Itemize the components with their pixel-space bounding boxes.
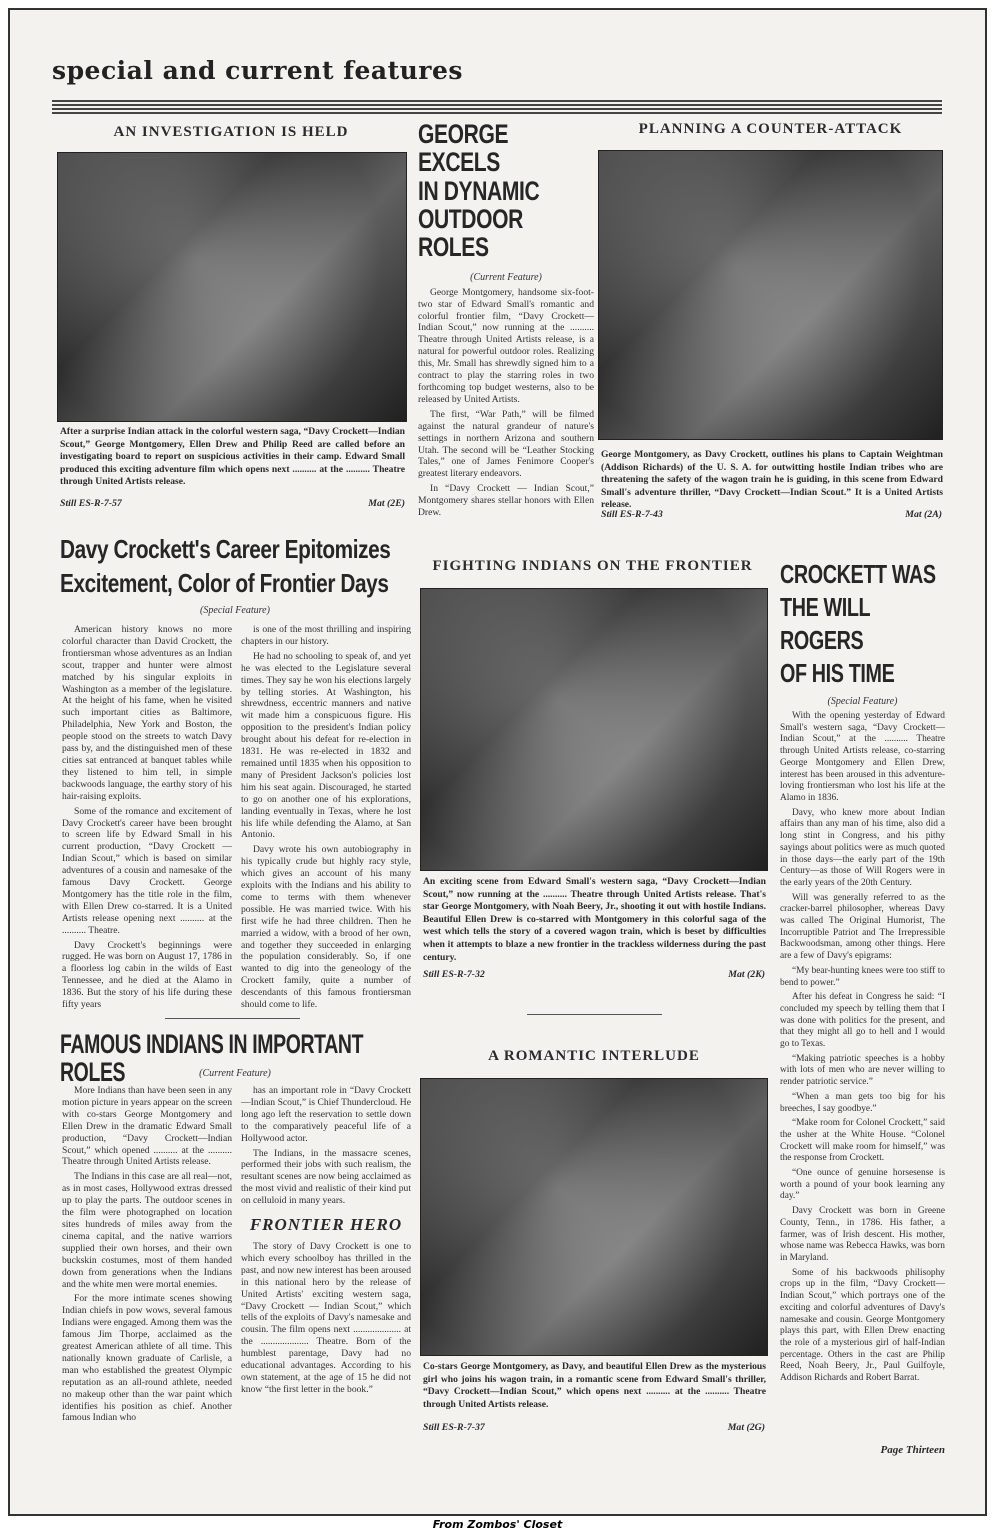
article-kicker: (Special Feature) bbox=[60, 605, 410, 616]
paragraph: With the opening yesterday of Edward Sma… bbox=[780, 711, 945, 805]
article-kicker: (Current Feature) bbox=[418, 272, 594, 283]
paragraph: Some of the romance and excitement of Da… bbox=[62, 806, 232, 937]
article-career: Davy Crockett's Career Epitomizes Excite… bbox=[60, 533, 410, 601]
paragraph: “My bear-hunting knees were too stiff to… bbox=[780, 966, 945, 989]
headline-line: Davy Crockett's Career Epitomizes bbox=[60, 533, 412, 567]
still-headline-counter-attack: PLANNING A COUNTER-ATTACK bbox=[598, 121, 943, 138]
photo-romantic bbox=[420, 1078, 768, 1356]
section-title: special and current features bbox=[52, 56, 463, 85]
article-george-excels: GEORGE EXCELS IN DYNAMIC OUTDOOR ROLES (… bbox=[418, 120, 594, 522]
frontier-hero-headline: FRONTIER HERO bbox=[241, 1219, 411, 1231]
famous-indians-column-1: More Indians than have been seen in any … bbox=[62, 1085, 232, 1427]
paragraph: “One ounce of genuine horsesense is wort… bbox=[780, 1168, 945, 1203]
headline-line: OF HIS TIME bbox=[780, 657, 951, 690]
headline-line: THE WILL ROGERS bbox=[780, 591, 951, 657]
footer-credit: From Zombos' Closet bbox=[0, 1518, 995, 1531]
article-kicker: (Special Feature) bbox=[780, 696, 945, 707]
career-column-1: American history knows no more colorful … bbox=[62, 624, 232, 1014]
paragraph: More Indians than have been seen in any … bbox=[62, 1085, 232, 1168]
paragraph: The Indians in this case are all real—no… bbox=[62, 1171, 232, 1290]
photo-fighting bbox=[420, 588, 768, 871]
paragraph: Davy, who knew more about Indian affairs… bbox=[780, 808, 945, 890]
mat-fighting: Mat (2K) bbox=[705, 969, 765, 980]
paragraph: Some of his backwoods philisophy crops u… bbox=[780, 1268, 945, 1385]
divider bbox=[165, 1018, 300, 1019]
article-headline: GEORGE EXCELS IN DYNAMIC OUTDOOR ROLES bbox=[418, 120, 594, 262]
mat-investigation: Mat (2E) bbox=[345, 498, 405, 509]
article-will-rogers: CROCKETT WAS THE WILL ROGERS OF HIS TIME… bbox=[780, 558, 945, 1388]
headline-line: Excitement, Color of Frontier Days bbox=[60, 567, 412, 601]
paragraph: is one of the most thrilling and inspiri… bbox=[241, 624, 411, 648]
paragraph: After his defeat in Congress he said: “I… bbox=[780, 992, 945, 1051]
still-headline-investigation: AN INVESTIGATION IS HELD bbox=[56, 124, 406, 141]
still-number-counter-attack: Still ES-R-7-43 bbox=[601, 509, 663, 520]
caption-counter-attack: George Montgomery, as Davy Crockett, out… bbox=[601, 449, 943, 512]
paragraph: Will was generally referred to as the cr… bbox=[780, 893, 945, 963]
still-number-romantic: Still ES-R-7-37 bbox=[423, 1422, 485, 1433]
career-column-2: is one of the most thrilling and inspiri… bbox=[241, 624, 411, 1014]
mat-counter-attack: Mat (2A) bbox=[880, 509, 942, 520]
headline-line: OUTDOOR ROLES bbox=[418, 205, 594, 262]
still-headline-fighting: FIGHTING INDIANS ON THE FRONTIER bbox=[420, 558, 765, 575]
headline-line: IN DYNAMIC bbox=[418, 177, 594, 205]
paragraph: He had no schooling to speak of, and yet… bbox=[241, 651, 411, 842]
caption-fighting: An exciting scene from Edward Small's we… bbox=[423, 876, 766, 964]
divider bbox=[527, 1014, 662, 1015]
article-kicker: (Current Feature) bbox=[60, 1068, 410, 1079]
paragraph: The first, “War Path,” will be filmed ag… bbox=[418, 409, 594, 480]
article-headline: CROCKETT WAS THE WILL ROGERS OF HIS TIME bbox=[780, 558, 951, 690]
paragraph: American history knows no more colorful … bbox=[62, 624, 232, 803]
caption-romantic: Co-stars George Montgomery, as Davy, and… bbox=[423, 1361, 766, 1411]
paragraph: Davy Crockett was born in Greene County,… bbox=[780, 1206, 945, 1265]
caption-investigation: After a surprise Indian attack in the co… bbox=[60, 426, 405, 489]
paragraph: The story of Davy Crockett is one to whi… bbox=[241, 1241, 411, 1396]
photo-counter-attack bbox=[598, 150, 943, 440]
paragraph: has an important role in “Davy Crockett—… bbox=[241, 1085, 411, 1145]
still-number-investigation: Still ES-R-7-57 bbox=[60, 498, 122, 509]
paragraph: The Indians, in the massacre scenes, per… bbox=[241, 1148, 411, 1208]
header-rules bbox=[52, 100, 942, 116]
paragraph: Davy wrote his own autobiography in his … bbox=[241, 844, 411, 1011]
paragraph: “When a man gets too big for his breeche… bbox=[780, 1092, 945, 1115]
paragraph: In “Davy Crockett — Indian Scout,” Montg… bbox=[418, 483, 594, 519]
paragraph: George Montgomery, handsome six-foot-two… bbox=[418, 287, 594, 406]
photo-investigation bbox=[57, 152, 407, 422]
famous-indians-column-2: has an important role in “Davy Crockett—… bbox=[241, 1085, 411, 1399]
headline-line: CROCKETT WAS bbox=[780, 558, 951, 591]
mat-romantic: Mat (2G) bbox=[705, 1422, 765, 1433]
still-headline-romantic: A ROMANTIC INTERLUDE bbox=[420, 1048, 768, 1065]
article-headline: Davy Crockett's Career Epitomizes Excite… bbox=[60, 533, 412, 601]
paragraph: Davy Crockett's beginnings were rugged. … bbox=[62, 940, 232, 1011]
paragraph: For the more intimate scenes showing Ind… bbox=[62, 1293, 232, 1424]
paragraph: “Make room for Colonel Crockett,” said t… bbox=[780, 1118, 945, 1165]
paragraph: “Making patriotic speeches is a hobby wi… bbox=[780, 1054, 945, 1089]
headline-line: GEORGE EXCELS bbox=[418, 120, 594, 177]
page-number: Page Thirteen bbox=[780, 1444, 945, 1456]
still-number-fighting: Still ES-R-7-32 bbox=[423, 969, 485, 980]
